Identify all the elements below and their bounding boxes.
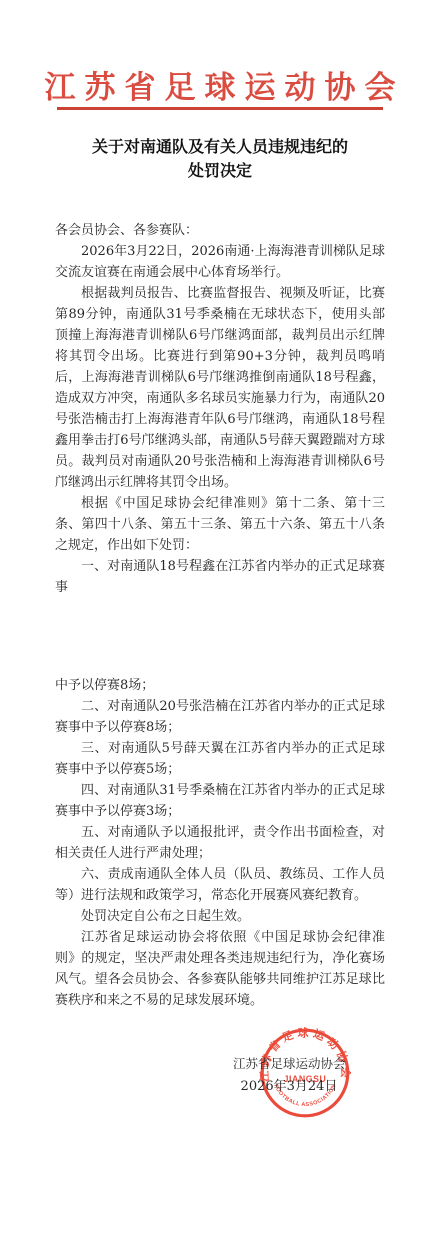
letterhead-rule: [57, 107, 383, 110]
letterhead-org-name: 江苏省足球运动协会: [0, 62, 440, 107]
paragraph: 三、对南通队5号薛天翼在江苏省内举办的正式足球赛事中予以停赛5场；: [55, 738, 385, 780]
paragraph: 2026年3月22日，2026南通·上海海港青训梯队足球交流友谊赛在南通会展中心…: [55, 241, 385, 283]
paragraph: 五、对南通队予以通报批评，责令作出书面检查，对相关责任人进行严肃处理；: [55, 822, 385, 864]
paragraph: 六、责成南通队全体人员（队员、教练员、工作人员等）进行法规和政策学习，常态化开展…: [55, 864, 385, 906]
paragraph: 各会员协会、各参赛队：: [55, 220, 385, 241]
paragraph: 根据裁判员报告、比赛监督报告、视频及听证，比赛第89分钟，南通队31号季桑楠在无…: [55, 283, 385, 493]
signature-org-name: 江苏省足球运动协会: [233, 1056, 345, 1071]
paragraph: 二、对南通队20号张浩楠在江苏省内举办的正式足球赛事中予以停赛8场；: [55, 696, 385, 738]
signature-date: 2026年3月24日: [233, 1079, 345, 1094]
official-seal-stamp: 江苏省足球运动协会 JIANGSU FOOTBALL ASSOCIATION: [259, 1027, 351, 1119]
paragraph: 江苏省足球运动协会将依照《中国足球协会纪律准则》的规定，坚决严肃处理各类违规违纪…: [55, 927, 385, 1011]
body-section-page2: 中予以停赛8场；二、对南通队20号张浩楠在江苏省内举办的正式足球赛事中予以停赛8…: [55, 675, 385, 1011]
document-title-line2: 处罚决定: [0, 159, 440, 183]
paragraph: 中予以停赛8场；: [55, 675, 385, 696]
document-page: 江苏省足球运动协会 关于对南通队及有关人员违规违纪的 处罚决定 各会员协会、各参…: [0, 0, 440, 1245]
body-section-page1: 各会员协会、各参赛队：2026年3月22日，2026南通·上海海港青训梯队足球交…: [55, 220, 385, 598]
paragraph: 根据《中国足球协会纪律准则》第十二条、第十三条、第四十八条、第五十三条、第五十六…: [55, 493, 385, 556]
paragraph: 一、对南通队18号程鑫在江苏省内举办的正式足球赛事: [55, 556, 385, 598]
document-title-line1: 关于对南通队及有关人员违规违纪的: [0, 135, 440, 159]
paragraph: 处罚决定自公布之日起生效。: [55, 906, 385, 927]
paragraph: 四、对南通队31号季桑楠在江苏省内举办的正式足球赛事中予以停赛3场；: [55, 780, 385, 822]
document-title: 关于对南通队及有关人员违规违纪的 处罚决定: [0, 135, 440, 183]
